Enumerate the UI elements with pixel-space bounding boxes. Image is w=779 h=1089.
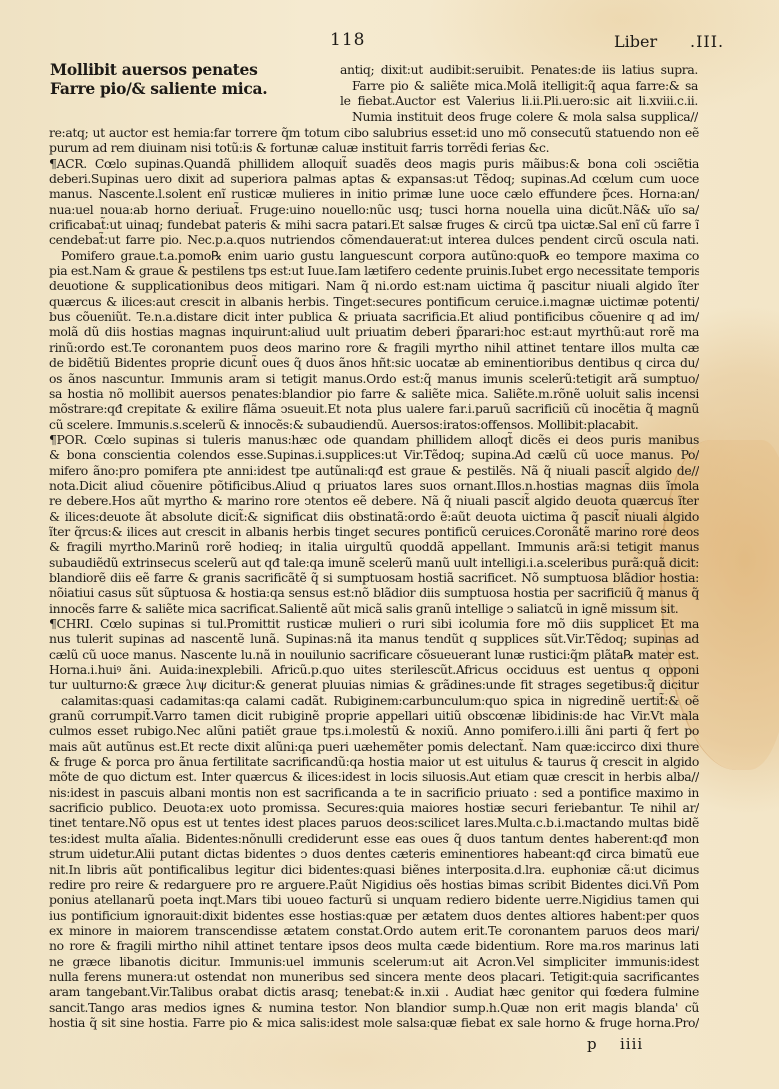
book-number: .III. <box>690 32 724 51</box>
running-head: 118 Liber .III. <box>0 30 779 54</box>
commentary-line: ex minore in maiorem transcendisse ætate… <box>49 923 699 938</box>
commentary-line: & fruge & porca pro ãnua fertilitate sac… <box>49 754 699 769</box>
commentary-line: ĩter q̃rcus:& ilices aut crescit in alba… <box>49 524 699 539</box>
commentary-line: molã dũ diis hostias magnas inquirunt:al… <box>49 324 699 339</box>
commentary-line: os ãnos nascuntur. Immunis aram si tetig… <box>49 371 699 386</box>
commentary-line: antiq; dixit:ut audibit:seruibit. Penate… <box>340 62 698 78</box>
folio-number: 118 <box>330 30 365 50</box>
commentary-line: nõiatiui casus sũt sũptuosa & hostia:qa … <box>49 585 699 600</box>
commentary-line: sacrificio publico. Deuota:ex uoto promi… <box>49 800 699 815</box>
commentary-line: cælũ cũ uoce manus. Nascente lu.nã in no… <box>49 647 699 662</box>
commentary-line: pia est.Nam & graue & pestilens tps est:… <box>49 263 699 278</box>
signature-number: iiii <box>620 1035 643 1053</box>
commentary-line: Horna.i.huiꝰ ãni. Auida:inexplebili. Afr… <box>49 662 699 677</box>
commentary-line: granũ corrumpit̃.Varro tamen dicit rubig… <box>49 708 699 723</box>
commentary-line: bus cõueniũt. Te.n.a.distare dicit inter… <box>49 309 699 324</box>
commentary-block: re:atq; ut auctor est hemia:far torrere … <box>49 125 699 1030</box>
commentary-line: hostia q̃ sit sine hostia. Farre pio & m… <box>49 1015 699 1030</box>
commentary-line: calamitas:quasi cadamitas:qa calami cadã… <box>49 693 699 708</box>
commentary-line: manus. Nascente.l.solent enĩ rusticæ mul… <box>49 186 699 201</box>
book-page: 118 Liber .III. Mollibit auersos penates… <box>0 0 779 1089</box>
commentary-line: aram tangebant.Vir.Talibus orabat dictis… <box>49 984 699 999</box>
commentary-line: cendebat̃:ut farre pio. Nec.p.a.quos nut… <box>49 232 699 247</box>
commentary-line: nota.Dicit aliud cõuenire põtificibus.Al… <box>49 478 699 493</box>
commentary-line: deberi.Supinas uero dixit ad superiora p… <box>49 171 699 186</box>
commentary-line: nis:idest in pascuis albani montis non e… <box>49 785 699 800</box>
commentary-top-block: antiq; dixit:ut audibit:seruibit. Penate… <box>340 62 698 124</box>
commentary-line: Farre pio & saliẽte mica.Molã itelligit:… <box>340 78 698 94</box>
commentary-line: nua:uel noua:ab horno deriuat̃. Fruge:ui… <box>49 202 699 217</box>
verse-text: Mollibit auersos penates Farre pio/& sal… <box>50 60 320 98</box>
commentary-line: re:atq; ut auctor est hemia:far torrere … <box>49 125 699 140</box>
commentary-line: rinũ:ordo est.Te coronantem puos deos ma… <box>49 340 699 355</box>
commentary-line: nulla ferens munera:ut ostendat non mune… <box>49 969 699 984</box>
liber-label: Liber <box>614 32 657 51</box>
commentary-line: blandiorẽ diis eẽ farre & granis sacrifi… <box>49 570 699 585</box>
commentary-line: ponius atellanarũ poeta inqt.Mars tibi u… <box>49 892 699 907</box>
signature-letter: p <box>587 1035 597 1053</box>
commentary-line: le fiebat.Auctor est Valerius li.ii.Pli.… <box>340 93 698 109</box>
commentary-line: culmos esset rubigo.Nec alũni patiẽt gra… <box>49 723 699 738</box>
commentary-line: nit.In libris aũt pontificalibus legitur… <box>49 862 699 877</box>
commentary-line: redire pro reire & redarguere pro re arg… <box>49 877 699 892</box>
commentary-line: Numia instituit deos fruge colere & mola… <box>340 109 698 125</box>
commentary-line: tur uulturno:& græce λιψ dicitur:& gener… <box>49 677 699 692</box>
commentary-line: sancit.Tango aras medios ignes & numina … <box>49 1000 699 1015</box>
commentary-line: subaudiẽdũ extrinsecus scelerũ aut qđ ta… <box>49 555 699 570</box>
commentary-line: ¶POR. Cœlo supinas si tuleris manus:hæc … <box>49 432 699 447</box>
signature-mark: p iiii <box>0 1035 779 1059</box>
commentary-line: mõte de quo dictum est. Inter quærcus & … <box>49 769 699 784</box>
commentary-line: no rore & fragili mirtho nihil attinet t… <box>49 938 699 953</box>
commentary-line: Pomifero graue.t.a.pomo℞ enim uario gust… <box>49 248 699 263</box>
commentary-line: quærcus & ilices:aut crescit in albanis … <box>49 294 699 309</box>
commentary-line: sa hostia nõ mollibit auersos penates:bl… <box>49 386 699 401</box>
commentary-line: & ilices:deuote ãt absolute dicit̃:& sig… <box>49 509 699 524</box>
commentary-line: tes:idest multa aĩalia. Bidentes:nõnulli… <box>49 831 699 846</box>
commentary-line: tinet tentare.Nõ opus est ut tentes ides… <box>49 815 699 830</box>
commentary-line: deuotione & supplicationibus deos mitiga… <box>49 278 699 293</box>
commentary-line: nus tulerit supinas ad nascentẽ lunã. Su… <box>49 631 699 646</box>
verse-line: Farre pio/& saliente mica. <box>50 79 320 98</box>
commentary-line: mais aũt autũnus est.Et recte dixit alũn… <box>49 739 699 754</box>
commentary-line: ne græce libanotis dicitur. Immunis:uel … <box>49 954 699 969</box>
commentary-line: strum uidetur.Alii putant dictas bidente… <box>49 846 699 861</box>
commentary-line: de bidẽtiũ Bidentes proprie dicunt̃ oues… <box>49 355 699 370</box>
commentary-line: mifero ãno:pro pomifera pte anni:idest t… <box>49 463 699 478</box>
commentary-line: re debere.Hos aũt myrtho & marino rore ↄ… <box>49 493 699 508</box>
commentary-line: mõstrare:qđ crepitate & exilire flãma ↄs… <box>49 401 699 416</box>
commentary-line: ¶ACR. Cœlo supinas.Quandã phillidem allo… <box>49 156 699 171</box>
commentary-line: & bona conscientia colendos esse.Supinas… <box>49 447 699 462</box>
commentary-line: cũ scelere. Immunis.s.scelerũ & innocẽs:… <box>49 417 699 432</box>
commentary-line: ius pontificium ignorauit:dixit bidentes… <box>49 908 699 923</box>
verse-line: Mollibit auersos penates <box>50 60 320 79</box>
commentary-line: crificabat̃:ut uinaq; fundebat pateris &… <box>49 217 699 232</box>
commentary-line: innocẽs farre & saliẽte mica sacrificat.… <box>49 601 699 616</box>
commentary-line: purum ad rem diuinam nisi totũ:is & fort… <box>49 140 699 155</box>
commentary-line: ¶CHRI. Cœlo supinas si tul.Promittit rus… <box>49 616 699 631</box>
commentary-line: & fragili myrtho.Marinũ rorẽ hodieq; in … <box>49 539 699 554</box>
